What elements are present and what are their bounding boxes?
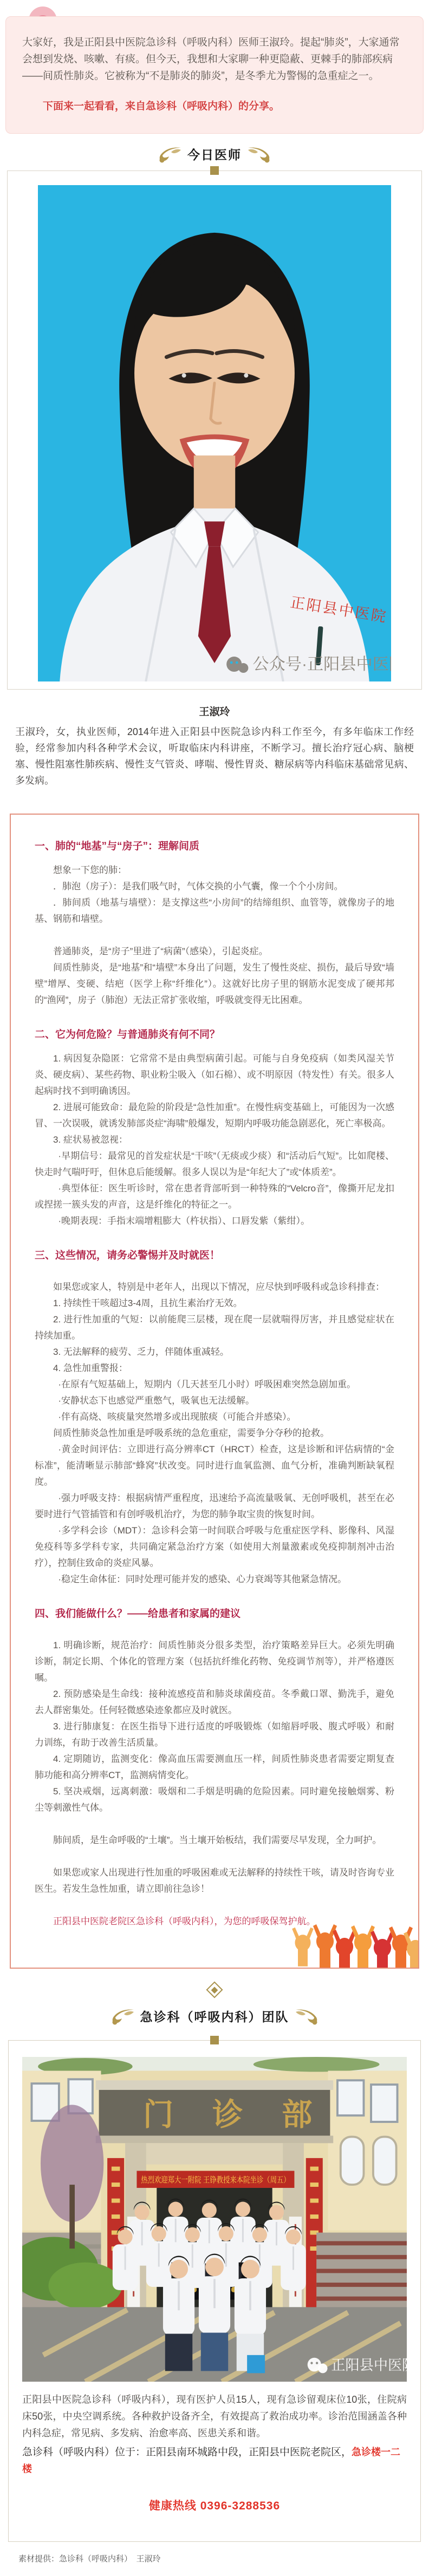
paragraph: ·在原有气短基础上，短期内（几天甚至几小时）呼吸困难突然急剧加重。 — [35, 1377, 394, 1393]
hotline-number: 0396-3288536 — [200, 2500, 280, 2512]
doctor-name: 王淑玲 — [0, 704, 429, 718]
paragraph: ·安静状态下也感觉严重憋气，吸氧也无法缓解。 — [35, 1393, 394, 1409]
paragraph: 间质性肺炎急性加重是呼吸系统的急危重症，需要争分夺秒的抢救。 — [35, 1425, 394, 1441]
paragraph: 3. 无法解释的疲劳、乏力，伴随体重减轻。 — [35, 1344, 394, 1360]
doctor-portrait-photo: 正阳县中医院 公众号·正阳县中医院 — [38, 185, 391, 681]
laurel-right-icon — [295, 2007, 320, 2025]
article-box: 一、肺的“地基”与“房子”：理解间质 想象一下您的肺： ．肺泡（房子）：是我们吸… — [10, 814, 419, 1969]
section-heading-1: 一、肺的“地基”与“房子”：理解间质 — [35, 840, 394, 854]
doctor-bio: 王淑玲，女，执业医师，2014年进入正阳县中医院急诊内科工作至今，有多年临床工作… — [15, 724, 414, 789]
paragraph: 4. 定期随访，监测变化：像高血压需要测血压一样，间质性肺炎患者需要定期复查肺功… — [35, 1751, 394, 1784]
intro-section: 大家好，我是正阳县中医院急诊科（呼吸内科）医师王淑玲。提起“肺炎”，大家通常会想… — [0, 0, 429, 134]
credit-line: 素材提供：急诊科（呼吸内科） 王淑玲 — [18, 2553, 429, 2564]
team-location: 急诊科（呼吸内科）位于：正阳县南环城路中段，正阳县中医院老院区，急诊楼一二楼 — [22, 2444, 407, 2477]
paragraph: 1. 持续性干咳超过3-4周，且抗生素治疗无效。 — [35, 1295, 394, 1312]
paragraph: ·稳定生命体征：同时处理可能并发的感染、心力衰竭等其他紧急情况。 — [35, 1571, 394, 1588]
paragraph: ．肺泡（房子）：是我们吸气时，气体交换的小气囊，像一个个小房间。 — [35, 879, 394, 895]
paragraph: ·多学科会诊（MDT）：急诊科会第一时间联合呼吸与危重症医学科、影像科、风湿免疫… — [35, 1523, 394, 1571]
laurel-left-icon — [157, 145, 182, 163]
paragraph: ·晚期表现：手指末端增粗膨大（杵状指）、口唇发紫（紫绀）。 — [35, 1213, 394, 1229]
hotline-label: 健康热线 — [149, 2500, 197, 2512]
paragraph: ·典型体征：医生听诊时，常在患者背部听到一种特殊的“Velcro音”，像撕开尼龙… — [35, 1181, 394, 1213]
paragraph: 如果您或家人，特别是中老年人，出现以下情况，应尽快到呼吸科或急诊科排查： — [35, 1279, 394, 1295]
team-box: 门诊部 热烈欢迎郑大一附院 王铮教授来本院坐诊（周五） — [8, 2040, 421, 2542]
diamond-ornament — [0, 1984, 429, 1996]
paragraph: 肺间质，是生命呼吸的“土壤”。当土壤开始板结，我们需要尽早发现，全力呵护。 — [35, 1832, 394, 1849]
cheering-crowd-decoration-icon — [288, 1916, 418, 1968]
paragraph: 3. 症状易被忽视： — [35, 1132, 394, 1148]
paragraph: ·伴有高烧、咳痰量突然增多或出现脓痰（可能合并感染）。 — [35, 1409, 394, 1425]
paragraph: 2. 进行性加重的气短：以前能爬三层楼，现在爬一层就喘得厉害，并且感觉症状在持续… — [35, 1312, 394, 1344]
paragraph: 5. 坚决戒烟，远离刺激：吸烟和二手烟是明确的危险因素。同时避免接触烟雾、粉尘等… — [35, 1784, 394, 1816]
team-description: 正阳县中医院急诊科（呼吸内科），现有医护人员15人，现有急诊留观床位10张，住院… — [22, 2391, 407, 2442]
building-sign-text: 门诊部 — [143, 2098, 351, 2132]
intro-card: 大家好，我是正阳县中医院急诊科（呼吸内科）医师王淑玲。提起“肺炎”，大家通常会想… — [5, 16, 424, 134]
team-photo: 门诊部 热烈欢迎郑大一附院 王铮教授来本院坐诊（周五） — [22, 2057, 407, 2382]
paragraph: ·早期信号：最常见的首发症状是“干咳”（无痰或少痰）和“活动后气短”。比如爬楼、… — [35, 1148, 394, 1181]
laurel-right-icon — [247, 145, 272, 163]
gold-square-ornament — [210, 2036, 219, 2044]
paragraph: 1. 病因复杂隐匿：它常常不是由典型病菌引起。可能与自身免疫病（如类风湿关节炎、… — [35, 1051, 394, 1099]
team-title: 急诊科（呼吸内科）团队 — [0, 2007, 429, 2025]
led-banner-text: 热烈欢迎郑大一附院 王铮教授来本院坐诊（周五） — [141, 2175, 290, 2185]
intro-paragraph: 大家好，我是正阳县中医院急诊科（呼吸内科）医师王淑玲。提起“肺炎”，大家通常会想… — [22, 34, 402, 84]
paragraph: 如果您或家人出现进行性加重的呼吸困难或无法解释的持续性干咳，请及时咨询专业医生。… — [35, 1865, 394, 1897]
section-heading-4: 四、我们能做什么？——给患者和家属的建议 — [35, 1607, 394, 1621]
paragraph: 想象一下您的肺： — [35, 862, 394, 879]
paragraph: 4. 急性加重警报： — [35, 1360, 394, 1377]
gold-square-ornament — [210, 166, 219, 175]
doctor-photo-frame: 正阳县中医院 公众号·正阳县中医院 — [7, 171, 422, 690]
section-heading-2: 二、它为何危险？与普通肺炎有何不同？ — [35, 1028, 394, 1042]
paragraph: 1. 明确诊断，规范治疗：间质性肺炎分很多类型，治疗策略差异巨大。必须先明确诊断… — [35, 1637, 394, 1686]
team-watermark-text: 正阳县中医院 — [331, 2357, 407, 2373]
paragraph: ．肺间质（地基与墙壁）：是支撑这些“小房间”的结缔组织、血管等，就像房子的地基、… — [35, 895, 394, 927]
intro-highlight: 下面来一起看看，来自急诊科（呼吸内科）的分享。 — [22, 99, 402, 115]
laurel-left-icon — [110, 2007, 135, 2025]
paragraph: 普通肺炎，是“房子”里进了“病菌”（感染），引起炎症。 — [35, 943, 394, 960]
team-location-prefix: 急诊科（呼吸内科）位于：正阳县南环城路中段，正阳县中医院老院区， — [22, 2447, 352, 2458]
hotline: 健康热线 0396-3288536 — [22, 2497, 407, 2513]
today-doctor-title: 今日医师 — [0, 145, 429, 163]
paragraph: 3. 进行肺康复：在医生指导下进行适度的呼吸锻炼（如缩唇呼吸、腹式呼吸）和耐力训… — [35, 1719, 394, 1751]
paragraph: ·强力呼吸支持：根据病情严重程度，迅速给予高流量吸氧、无创呼吸机，甚至在必要时进… — [35, 1490, 394, 1523]
paragraph: 间质性肺炎，是“地基”和“墙壁”本身出了问题，发生了慢性炎症、损伤，最后导致“墙… — [35, 960, 394, 1008]
paragraph: 2. 预防感染是生命线：接种流感疫苗和肺炎球菌疫苗。冬季戴口罩、勤洗手，避免去人… — [35, 1686, 394, 1719]
today-doctor-title-text: 今日医师 — [187, 145, 242, 163]
paragraph: ·黄金时间评估：立即进行高分辨率CT（HRCT）检查，这是诊断和评估病情的“金标… — [35, 1441, 394, 1490]
paragraph: 2. 进展可能致命：最危险的阶段是“急性加重”。在慢性病变基础上，可能因为一次感… — [35, 1099, 394, 1132]
section-heading-3: 三、这些情况，请务必警惕并及时就医！ — [35, 1249, 394, 1263]
team-title-text: 急诊科（呼吸内科）团队 — [140, 2007, 289, 2025]
portrait-watermark-text: 公众号·正阳县中医院 — [252, 656, 391, 673]
